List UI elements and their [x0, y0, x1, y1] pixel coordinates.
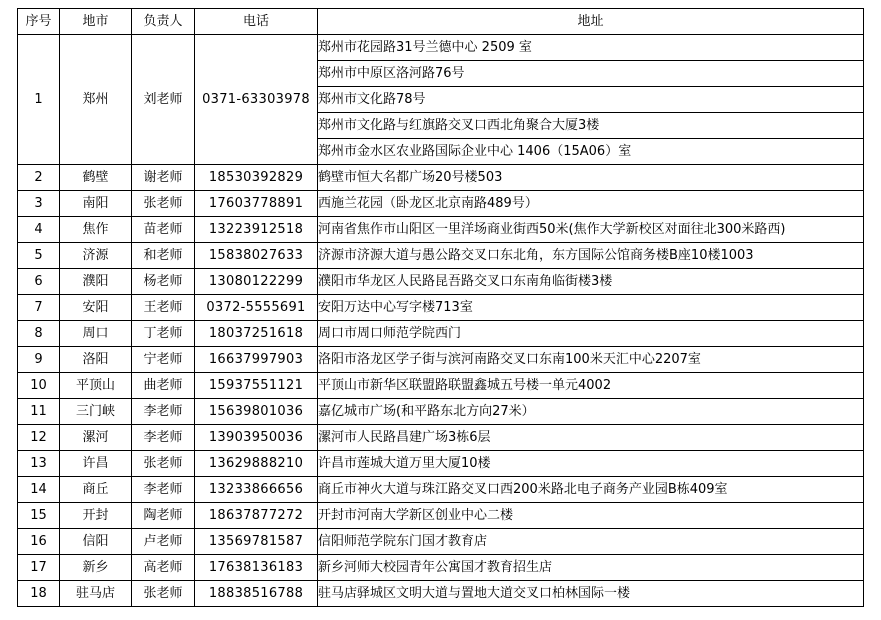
cell-person: 和老师 [132, 243, 195, 269]
cell-no: 13 [18, 451, 60, 477]
table-row: 8周口丁老师18037251618周口市周口师范学院西门 [18, 321, 864, 347]
cell-no: 1 [18, 35, 60, 165]
cell-phone: 17638136183 [195, 555, 318, 581]
table-row: 11三门峡李老师15639801036嘉亿城市广场(和平路东北方向27米） [18, 399, 864, 425]
cell-city: 三门峡 [60, 399, 132, 425]
cell-phone: 13223912518 [195, 217, 318, 243]
cell-phone: 18037251618 [195, 321, 318, 347]
cell-city: 洛阳 [60, 347, 132, 373]
cell-city: 焦作 [60, 217, 132, 243]
cell-no: 3 [18, 191, 60, 217]
cell-address: 河南省焦作市山阳区一里洋场商业街西50米(焦作大学新校区对面往北300米路西) [318, 217, 864, 243]
cell-phone: 13903950036 [195, 425, 318, 451]
cell-city: 郑州 [60, 35, 132, 165]
header-row: 序号 地市 负责人 电话 地址 [18, 9, 864, 35]
cell-no: 18 [18, 581, 60, 607]
cell-address: 郑州市中原区洛河路76号 [318, 61, 864, 87]
cell-no: 7 [18, 295, 60, 321]
table-row: 14商丘李老师13233866656商丘市神火大道与珠江路交叉口西200米路北电… [18, 477, 864, 503]
cell-city: 漯河 [60, 425, 132, 451]
cell-no: 8 [18, 321, 60, 347]
cell-address: 周口市周口师范学院西门 [318, 321, 864, 347]
cell-no: 12 [18, 425, 60, 451]
cell-no: 6 [18, 269, 60, 295]
table-row: 5济源和老师15838027633济源市济源大道与愚公路交叉口东北角，东方国际公… [18, 243, 864, 269]
cell-address: 郑州市金水区农业路国际企业中心 1406（15A06）室 [318, 139, 864, 165]
cell-person: 苗老师 [132, 217, 195, 243]
cell-city: 济源 [60, 243, 132, 269]
cell-person: 张老师 [132, 191, 195, 217]
cell-person: 杨老师 [132, 269, 195, 295]
cell-person: 李老师 [132, 399, 195, 425]
cell-person: 宁老师 [132, 347, 195, 373]
cell-address: 西施兰花园（卧龙区北京南路489号） [318, 191, 864, 217]
cell-address: 郑州市文化路78号 [318, 87, 864, 113]
cell-person: 张老师 [132, 451, 195, 477]
cell-city: 许昌 [60, 451, 132, 477]
cell-city: 新乡 [60, 555, 132, 581]
cell-phone: 0372-5555691 [195, 295, 318, 321]
cell-address: 安阳万达中心写字楼713室 [318, 295, 864, 321]
cell-no: 17 [18, 555, 60, 581]
cell-address: 鹤壁市恒大名都广场20号楼503 [318, 165, 864, 191]
cell-address: 开封市河南大学新区创业中心二楼 [318, 503, 864, 529]
cell-address: 新乡河师大校园青年公寓国才教育招生店 [318, 555, 864, 581]
cell-city: 商丘 [60, 477, 132, 503]
header-person: 负责人 [132, 9, 195, 35]
cell-address: 平顶山市新华区联盟路联盟鑫城五号楼一单元4002 [318, 373, 864, 399]
cell-phone: 18637877272 [195, 503, 318, 529]
cell-city: 开封 [60, 503, 132, 529]
cell-city: 驻马店 [60, 581, 132, 607]
cell-phone: 17603778891 [195, 191, 318, 217]
table-row: 1 郑州 刘老师 0371-63303978 郑州市花园路31号兰德中心 250… [18, 35, 864, 61]
cell-no: 14 [18, 477, 60, 503]
cell-city: 周口 [60, 321, 132, 347]
cell-no: 2 [18, 165, 60, 191]
cell-address: 洛阳市洛龙区学子街与滨河南路交叉口东南100米天汇中心2207室 [318, 347, 864, 373]
cell-address: 驻马店驿城区文明大道与置地大道交叉口柏林国际一楼 [318, 581, 864, 607]
cell-person: 刘老师 [132, 35, 195, 165]
cell-person: 李老师 [132, 425, 195, 451]
table-row: 15开封陶老师18637877272开封市河南大学新区创业中心二楼 [18, 503, 864, 529]
table-row: 2鹤壁谢老师18530392829鹤壁市恒大名都广场20号楼503 [18, 165, 864, 191]
cell-no: 16 [18, 529, 60, 555]
rows-body: 2鹤壁谢老师18530392829鹤壁市恒大名都广场20号楼5033南阳张老师1… [18, 165, 864, 607]
cell-no: 5 [18, 243, 60, 269]
table-row: 13许昌张老师13629888210许昌市莲城大道万里大厦10楼 [18, 451, 864, 477]
cell-address: 郑州市文化路与红旗路交叉口西北角聚合大厦3楼 [318, 113, 864, 139]
table-row: 3南阳张老师17603778891西施兰花园（卧龙区北京南路489号） [18, 191, 864, 217]
cell-person: 高老师 [132, 555, 195, 581]
table-row: 16信阳卢老师13569781587信阳师范学院东门国才教育店 [18, 529, 864, 555]
header-address: 地址 [318, 9, 864, 35]
cell-phone: 15838027633 [195, 243, 318, 269]
cell-no: 11 [18, 399, 60, 425]
cell-person: 李老师 [132, 477, 195, 503]
cell-address: 商丘市神火大道与珠江路交叉口西200米路北电子商务产业园B栋409室 [318, 477, 864, 503]
cell-person: 张老师 [132, 581, 195, 607]
cell-city: 鹤壁 [60, 165, 132, 191]
cell-city: 濮阳 [60, 269, 132, 295]
cell-phone: 18838516788 [195, 581, 318, 607]
table-row: 10平顶山曲老师15937551121平顶山市新华区联盟路联盟鑫城五号楼一单元4… [18, 373, 864, 399]
cell-phone: 13233866656 [195, 477, 318, 503]
cell-address: 濮阳市华龙区人民路昆吾路交叉口东南角临街楼3楼 [318, 269, 864, 295]
table-row: 12漯河李老师13903950036漯河市人民路昌建广场3栋6层 [18, 425, 864, 451]
cell-no: 10 [18, 373, 60, 399]
cell-address: 嘉亿城市广场(和平路东北方向27米） [318, 399, 864, 425]
cell-address: 许昌市莲城大道万里大厦10楼 [318, 451, 864, 477]
cell-phone: 15639801036 [195, 399, 318, 425]
cell-phone: 16637997903 [195, 347, 318, 373]
cell-person: 曲老师 [132, 373, 195, 399]
cell-city: 安阳 [60, 295, 132, 321]
cell-person: 丁老师 [132, 321, 195, 347]
table-row: 17新乡高老师17638136183新乡河师大校园青年公寓国才教育招生店 [18, 555, 864, 581]
table-row: 7安阳王老师0372-5555691安阳万达中心写字楼713室 [18, 295, 864, 321]
cell-person: 陶老师 [132, 503, 195, 529]
table-row: 4焦作苗老师13223912518河南省焦作市山阳区一里洋场商业街西50米(焦作… [18, 217, 864, 243]
cell-address: 济源市济源大道与愚公路交叉口东北角，东方国际公馆商务楼B座10楼1003 [318, 243, 864, 269]
cell-phone: 13080122299 [195, 269, 318, 295]
cell-no: 4 [18, 217, 60, 243]
cell-person: 谢老师 [132, 165, 195, 191]
cell-person: 王老师 [132, 295, 195, 321]
table-row: 6濮阳杨老师13080122299濮阳市华龙区人民路昆吾路交叉口东南角临街楼3楼 [18, 269, 864, 295]
cell-no: 15 [18, 503, 60, 529]
cell-no: 9 [18, 347, 60, 373]
cell-phone: 13569781587 [195, 529, 318, 555]
cell-phone: 0371-63303978 [195, 35, 318, 165]
cell-city: 信阳 [60, 529, 132, 555]
cell-address: 信阳师范学院东门国才教育店 [318, 529, 864, 555]
cell-city: 南阳 [60, 191, 132, 217]
cell-address: 漯河市人民路昌建广场3栋6层 [318, 425, 864, 451]
header-city: 地市 [60, 9, 132, 35]
cell-phone: 18530392829 [195, 165, 318, 191]
cell-address: 郑州市花园路31号兰德中心 2509 室 [318, 35, 864, 61]
header-phone: 电话 [195, 9, 318, 35]
table-row: 9洛阳宁老师16637997903洛阳市洛龙区学子街与滨河南路交叉口东南100米… [18, 347, 864, 373]
contacts-table: 序号 地市 负责人 电话 地址 1 郑州 刘老师 0371-63303978 郑… [17, 8, 864, 607]
cell-person: 卢老师 [132, 529, 195, 555]
table-row: 18驻马店张老师18838516788驻马店驿城区文明大道与置地大道交叉口柏林国… [18, 581, 864, 607]
cell-city: 平顶山 [60, 373, 132, 399]
cell-phone: 13629888210 [195, 451, 318, 477]
cell-phone: 15937551121 [195, 373, 318, 399]
header-no: 序号 [18, 9, 60, 35]
